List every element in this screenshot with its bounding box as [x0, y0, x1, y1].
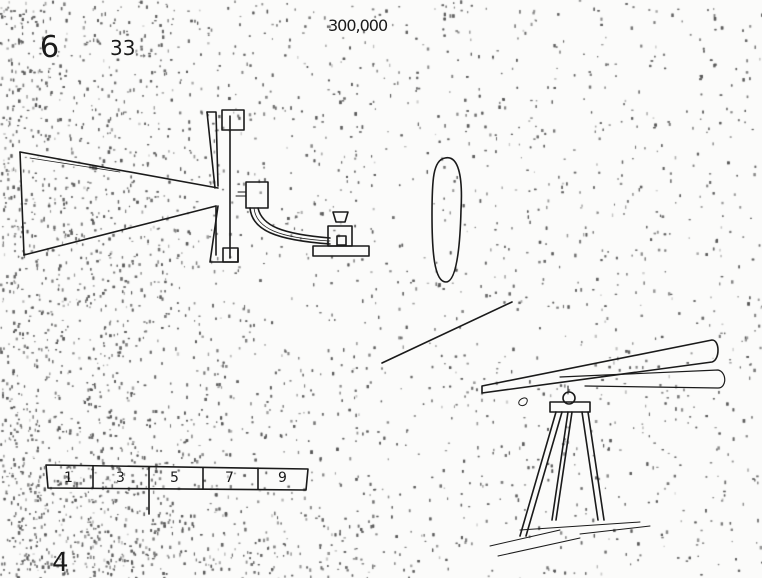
sketch-page: 6 33 300,000 4 1 3 5 7 9 [0, 0, 762, 578]
scale-cell-9: 9 [278, 470, 287, 486]
scale-cell-1: 1 [64, 470, 73, 486]
page-number-annotation: 6 [39, 29, 60, 65]
number-4-annotation: 4 [52, 548, 69, 578]
scale-cell-7: 7 [225, 470, 234, 486]
megaphone-horn-drawing [20, 110, 369, 262]
number-33-annotation: 33 [110, 36, 135, 60]
scale-cell-3: 3 [116, 470, 125, 486]
telescope-on-tripod-drawing [482, 340, 725, 556]
light-ray-line [382, 302, 512, 363]
oval-lens-drawing [432, 158, 461, 282]
scale-cell-5: 5 [170, 470, 179, 486]
speed-300000-annotation: 300,000 [328, 16, 387, 35]
